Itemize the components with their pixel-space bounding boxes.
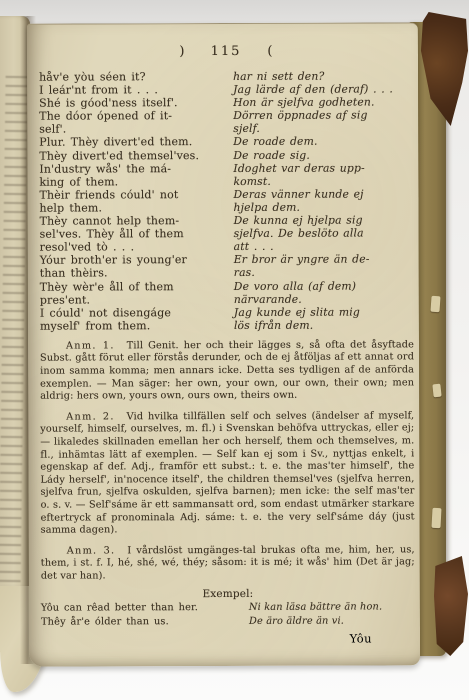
worn-edge-chip xyxy=(431,508,441,528)
phrase-en: In'dustry wås' the má- king of them. xyxy=(39,162,233,189)
catchword: Yôu xyxy=(350,631,372,645)
phrase-en: håv'e yòu séen it? xyxy=(39,70,233,84)
book-page: ) 115 ( håv'e yòu séen it? har ni sett d… xyxy=(27,22,420,666)
header-left-bracket: ) xyxy=(179,44,184,59)
worn-edge-chip xyxy=(430,296,440,313)
worn-edge-chip xyxy=(432,384,441,398)
phrase-en: Thèir friends cóuld' not help them. xyxy=(39,188,233,215)
phrase-row: Plur. Thèy divert'ed them. De roade dem. xyxy=(39,135,413,149)
exempel-row: Thêy år'e ólder than us. De äro äldre än… xyxy=(41,615,415,628)
book-photo: ) 115 ( håv'e yòu séen it? har ni sett d… xyxy=(0,0,469,700)
phrase-en: Shé is góod'ness itself'. xyxy=(39,96,233,110)
exempel-row: Yôu can rêad better than her. Ni kan läs… xyxy=(41,601,415,614)
page-content: ) 115 ( håv'e yòu séen it? har ni sett d… xyxy=(39,43,415,628)
phrase-sv: Jag kunde ej slita mig lös ifrån dem. xyxy=(234,305,414,332)
phrase-en: Thèy wèr'e åll of them pres'ent. xyxy=(40,279,234,306)
phrase-row: The dóor ópened of it- self'. Dörren öpp… xyxy=(39,109,413,136)
phrase-row: Thèy wèr'e åll of them pres'ent. De voro… xyxy=(40,279,414,306)
phrase-table: håv'e yòu séen it? har ni sett den? I le… xyxy=(39,69,414,332)
note-label: Anm. 3. xyxy=(67,545,116,556)
phrase-sv: De roade sig. xyxy=(233,148,413,162)
phrase-en: I cóuld' not disengáge myself' from them… xyxy=(40,306,234,333)
exempel-en: Thêy år'e ólder than us. xyxy=(41,615,249,628)
phrase-row: håv'e yòu séen it? har ni sett den? xyxy=(39,69,413,83)
leather-patch-bottom xyxy=(434,556,468,656)
note-anm-3: Anm. 3. I vårdslöst umgänges-tal brukas … xyxy=(41,544,415,583)
phrase-sv: Idoghet var deras upp- komst. xyxy=(233,161,413,188)
phrase-row: Yóur broth'er is young'er than thèirs. E… xyxy=(40,253,414,280)
phrase-en: Thèy cannot help them- sel'ves. Thèy åll… xyxy=(40,214,234,254)
phrase-sv: Jag lärde af den (deraf) . . . xyxy=(233,82,413,96)
note-text: Vid hvilka tillfällen self och selves (ä… xyxy=(40,410,414,536)
phrase-sv: Er bror är yngre än de- ras. xyxy=(234,253,414,280)
phrase-row: I cóuld' not disengáge myself' from them… xyxy=(40,305,414,332)
phrase-en: Thèy divert'ed themsel'ves. xyxy=(39,149,233,163)
page-header: ) 115 ( xyxy=(39,43,413,59)
phrase-sv: Hon är sjelfva godheten. xyxy=(233,96,413,110)
note-anm-1: Anm. 1. Till Genit. her och their lägges… xyxy=(40,339,414,403)
phrase-sv: har ni sett den? xyxy=(233,69,413,83)
header-right-bracket: ( xyxy=(267,44,272,59)
exempel-sv: De äro äldre än vi. xyxy=(249,615,415,628)
phrase-en: Plur. Thèy divert'ed them. xyxy=(39,135,233,149)
exempel-en: Yôu can rêad better than her. xyxy=(41,601,249,614)
phrase-row: I leár'nt from it . . . Jag lärde af den… xyxy=(39,82,413,96)
phrase-en: Yóur broth'er is young'er than thèirs. xyxy=(40,253,234,280)
exempel-heading: Exempel: xyxy=(41,587,415,600)
phrase-row: In'dustry wås' the má- king of them. Ido… xyxy=(39,161,413,188)
phrase-row: Thèir friends cóuld' not help them. Dera… xyxy=(39,187,413,214)
phrase-sv: Dörren öppnades af sig sjelf. xyxy=(233,109,413,136)
phrase-row: Thèy divert'ed themsel'ves. De roade sig… xyxy=(39,148,413,162)
phrase-sv: De voro alla (af dem) närvarande. xyxy=(234,279,414,306)
phrase-sv: Deras vänner kunde ej hjelpa dem. xyxy=(233,187,413,214)
phrase-sv: De kunna ej hjelpa sig sjelfva. De beslö… xyxy=(234,213,414,253)
phrase-sv: De roade dem. xyxy=(233,135,413,149)
page-number: 115 xyxy=(211,44,242,59)
phrase-row: Thèy cannot help them- sel'ves. Thèy åll… xyxy=(40,213,414,254)
note-label: Anm. 1. xyxy=(66,340,115,351)
phrase-row: Shé is góod'ness itself'. Hon är sjelfva… xyxy=(39,96,413,110)
note-label: Anm. 2. xyxy=(66,411,115,422)
phrase-en: I leár'nt from it . . . xyxy=(39,83,233,97)
phrase-en: The dóor ópened of it- self'. xyxy=(39,109,233,136)
exempel-sv: Ni kan läsa bättre än hon. xyxy=(249,601,415,614)
note-anm-2: Anm. 2. Vid hvilka tillfällen self och s… xyxy=(40,410,414,537)
